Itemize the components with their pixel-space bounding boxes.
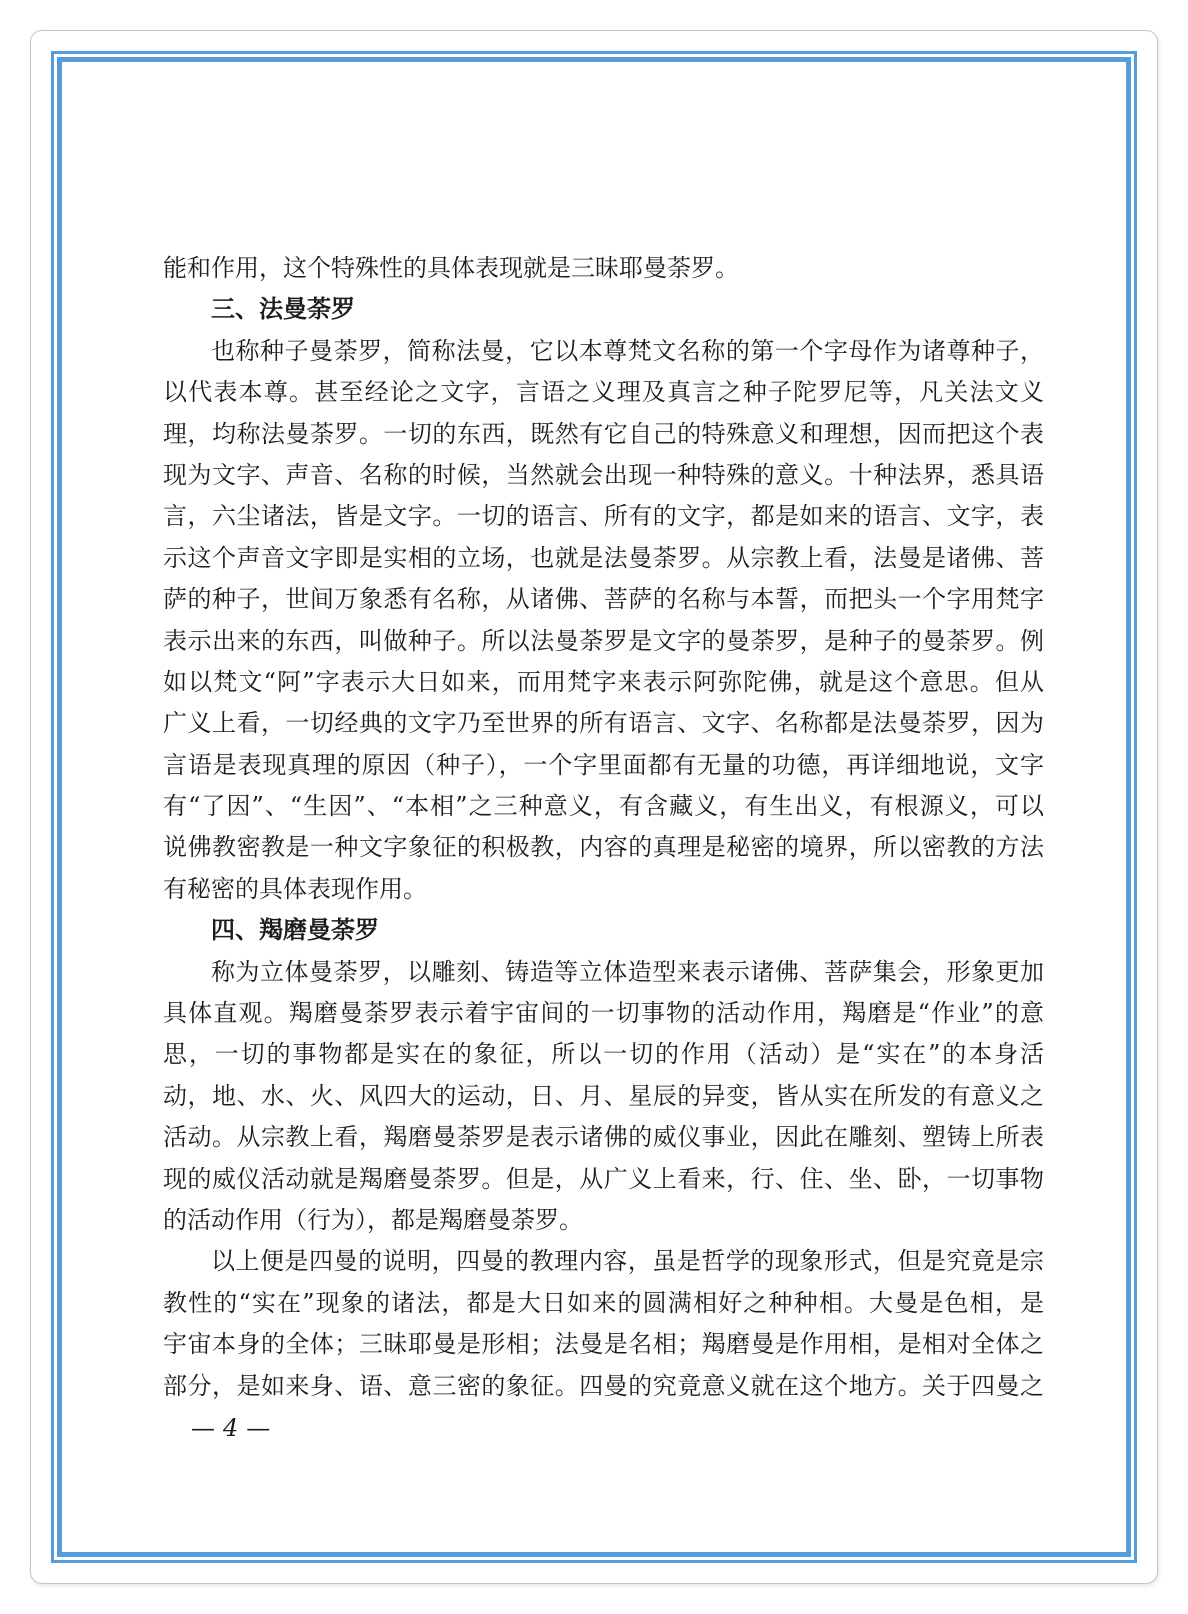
text-line: 现的威仪活动就是羯磨曼荼罗。但是，从广义上看来，行、住、坐、卧，一切事物	[163, 1159, 1044, 1200]
book-page: 能和作用，这个特殊性的具体表现就是三昧耶曼荼罗。三、法曼荼罗也称种子曼荼罗，简称…	[30, 30, 1158, 1584]
page-content: 能和作用，这个特殊性的具体表现就是三昧耶曼荼罗。三、法曼荼罗也称种子曼荼罗，简称…	[62, 62, 1126, 1552]
footer-dash-left: —	[183, 1414, 223, 1442]
text-line: 表示出来的东西，叫做种子。所以法曼荼罗是文字的曼荼罗，是种子的曼荼罗。例	[163, 621, 1044, 662]
page-number: 4	[223, 1414, 238, 1442]
text-line: 说佛教密教是一种文字象征的积极教，内容的真理是秘密的境界，所以密教的方法	[163, 827, 1044, 868]
text-line: 思，一切的事物都是实在的象征，所以一切的作用（活动）是“实在”的本身活	[163, 1034, 1044, 1075]
text-line: 理，均称法曼荼罗。一切的东西，既然有它自己的特殊意义和理想，因而把这个表	[163, 414, 1044, 455]
text-line: 言语是表现真理的原因（种子），一个字里面都有无量的功德，再详细地说，文字	[163, 745, 1044, 786]
text-line: 如以梵文“阿”字表示大日如来，而用梵字来表示阿弥陀佛，就是这个意思。但从	[163, 662, 1044, 703]
text-line: 现为文字、声音、名称的时候，当然就会出现一种特殊的意义。十种法界，悉具语	[163, 455, 1044, 496]
text-line: 以上便是四曼的说明，四曼的教理内容，虽是哲学的现象形式，但是究竟是宗	[163, 1241, 1044, 1282]
section-heading: 四、羯磨曼荼罗	[163, 910, 1044, 951]
text-line: 言，六尘诸法，皆是文字。一切的语言、所有的文字，都是如来的语言、文字，表	[163, 496, 1044, 537]
text-line: 也称种子曼荼罗，简称法曼，它以本尊梵文名称的第一个字母作为诸尊种子，	[163, 331, 1044, 372]
text-body: 能和作用，这个特殊性的具体表现就是三昧耶曼荼罗。三、法曼荼罗也称种子曼荼罗，简称…	[163, 248, 1044, 1407]
text-line: 萨的种子，世间万象悉有名称，从诸佛、菩萨的名称与本誓，而把头一个字用梵字	[163, 579, 1044, 620]
section-heading: 三、法曼荼罗	[163, 289, 1044, 330]
text-line: 部分，是如来身、语、意三密的象征。四曼的究竟意义就在这个地方。关于四曼之	[163, 1366, 1044, 1407]
text-line: 有“了因”、“生因”、“本相”之三种意义，有含藏义，有生出义，有根源义，可以	[163, 786, 1044, 827]
text-line: 具体直观。羯磨曼荼罗表示着宇宙间的一切事物的活动作用，羯磨是“作业”的意	[163, 993, 1044, 1034]
text-line: 能和作用，这个特殊性的具体表现就是三昧耶曼荼罗。	[163, 248, 1044, 289]
text-line: 动，地、水、火、风四大的运动，日、月、星辰的异变，皆从实在所发的有意义之	[163, 1076, 1044, 1117]
text-line: 示这个声音文字即是实相的立场，也就是法曼荼罗。从宗教上看，法曼是诸佛、菩	[163, 538, 1044, 579]
text-line: 的活动作用（行为），都是羯磨曼荼罗。	[163, 1200, 1044, 1241]
text-line: 广义上看，一切经典的文字乃至世界的所有语言、文字、名称都是法曼荼罗，因为	[163, 703, 1044, 744]
page-footer: —4—	[183, 1413, 1044, 1443]
text-line: 以代表本尊。甚至经论之文字，言语之义理及真言之种子陀罗尼等，凡关法文义	[163, 372, 1044, 413]
text-line: 教性的“实在”现象的诸法，都是大日如来的圆满相好之种种相。大曼是色相，是	[163, 1283, 1044, 1324]
text-line: 称为立体曼荼罗，以雕刻、铸造等立体造型来表示诸佛、菩萨集会，形象更加	[163, 952, 1044, 993]
text-line: 活动。从宗教上看，羯磨曼荼罗是表示诸佛的威仪事业，因此在雕刻、塑铸上所表	[163, 1117, 1044, 1158]
footer-dash-right: —	[238, 1414, 278, 1442]
text-line: 宇宙本身的全体；三昧耶曼是形相；法曼是名相；羯磨曼是作用相，是相对全体之	[163, 1324, 1044, 1365]
text-line: 有秘密的具体表现作用。	[163, 869, 1044, 910]
